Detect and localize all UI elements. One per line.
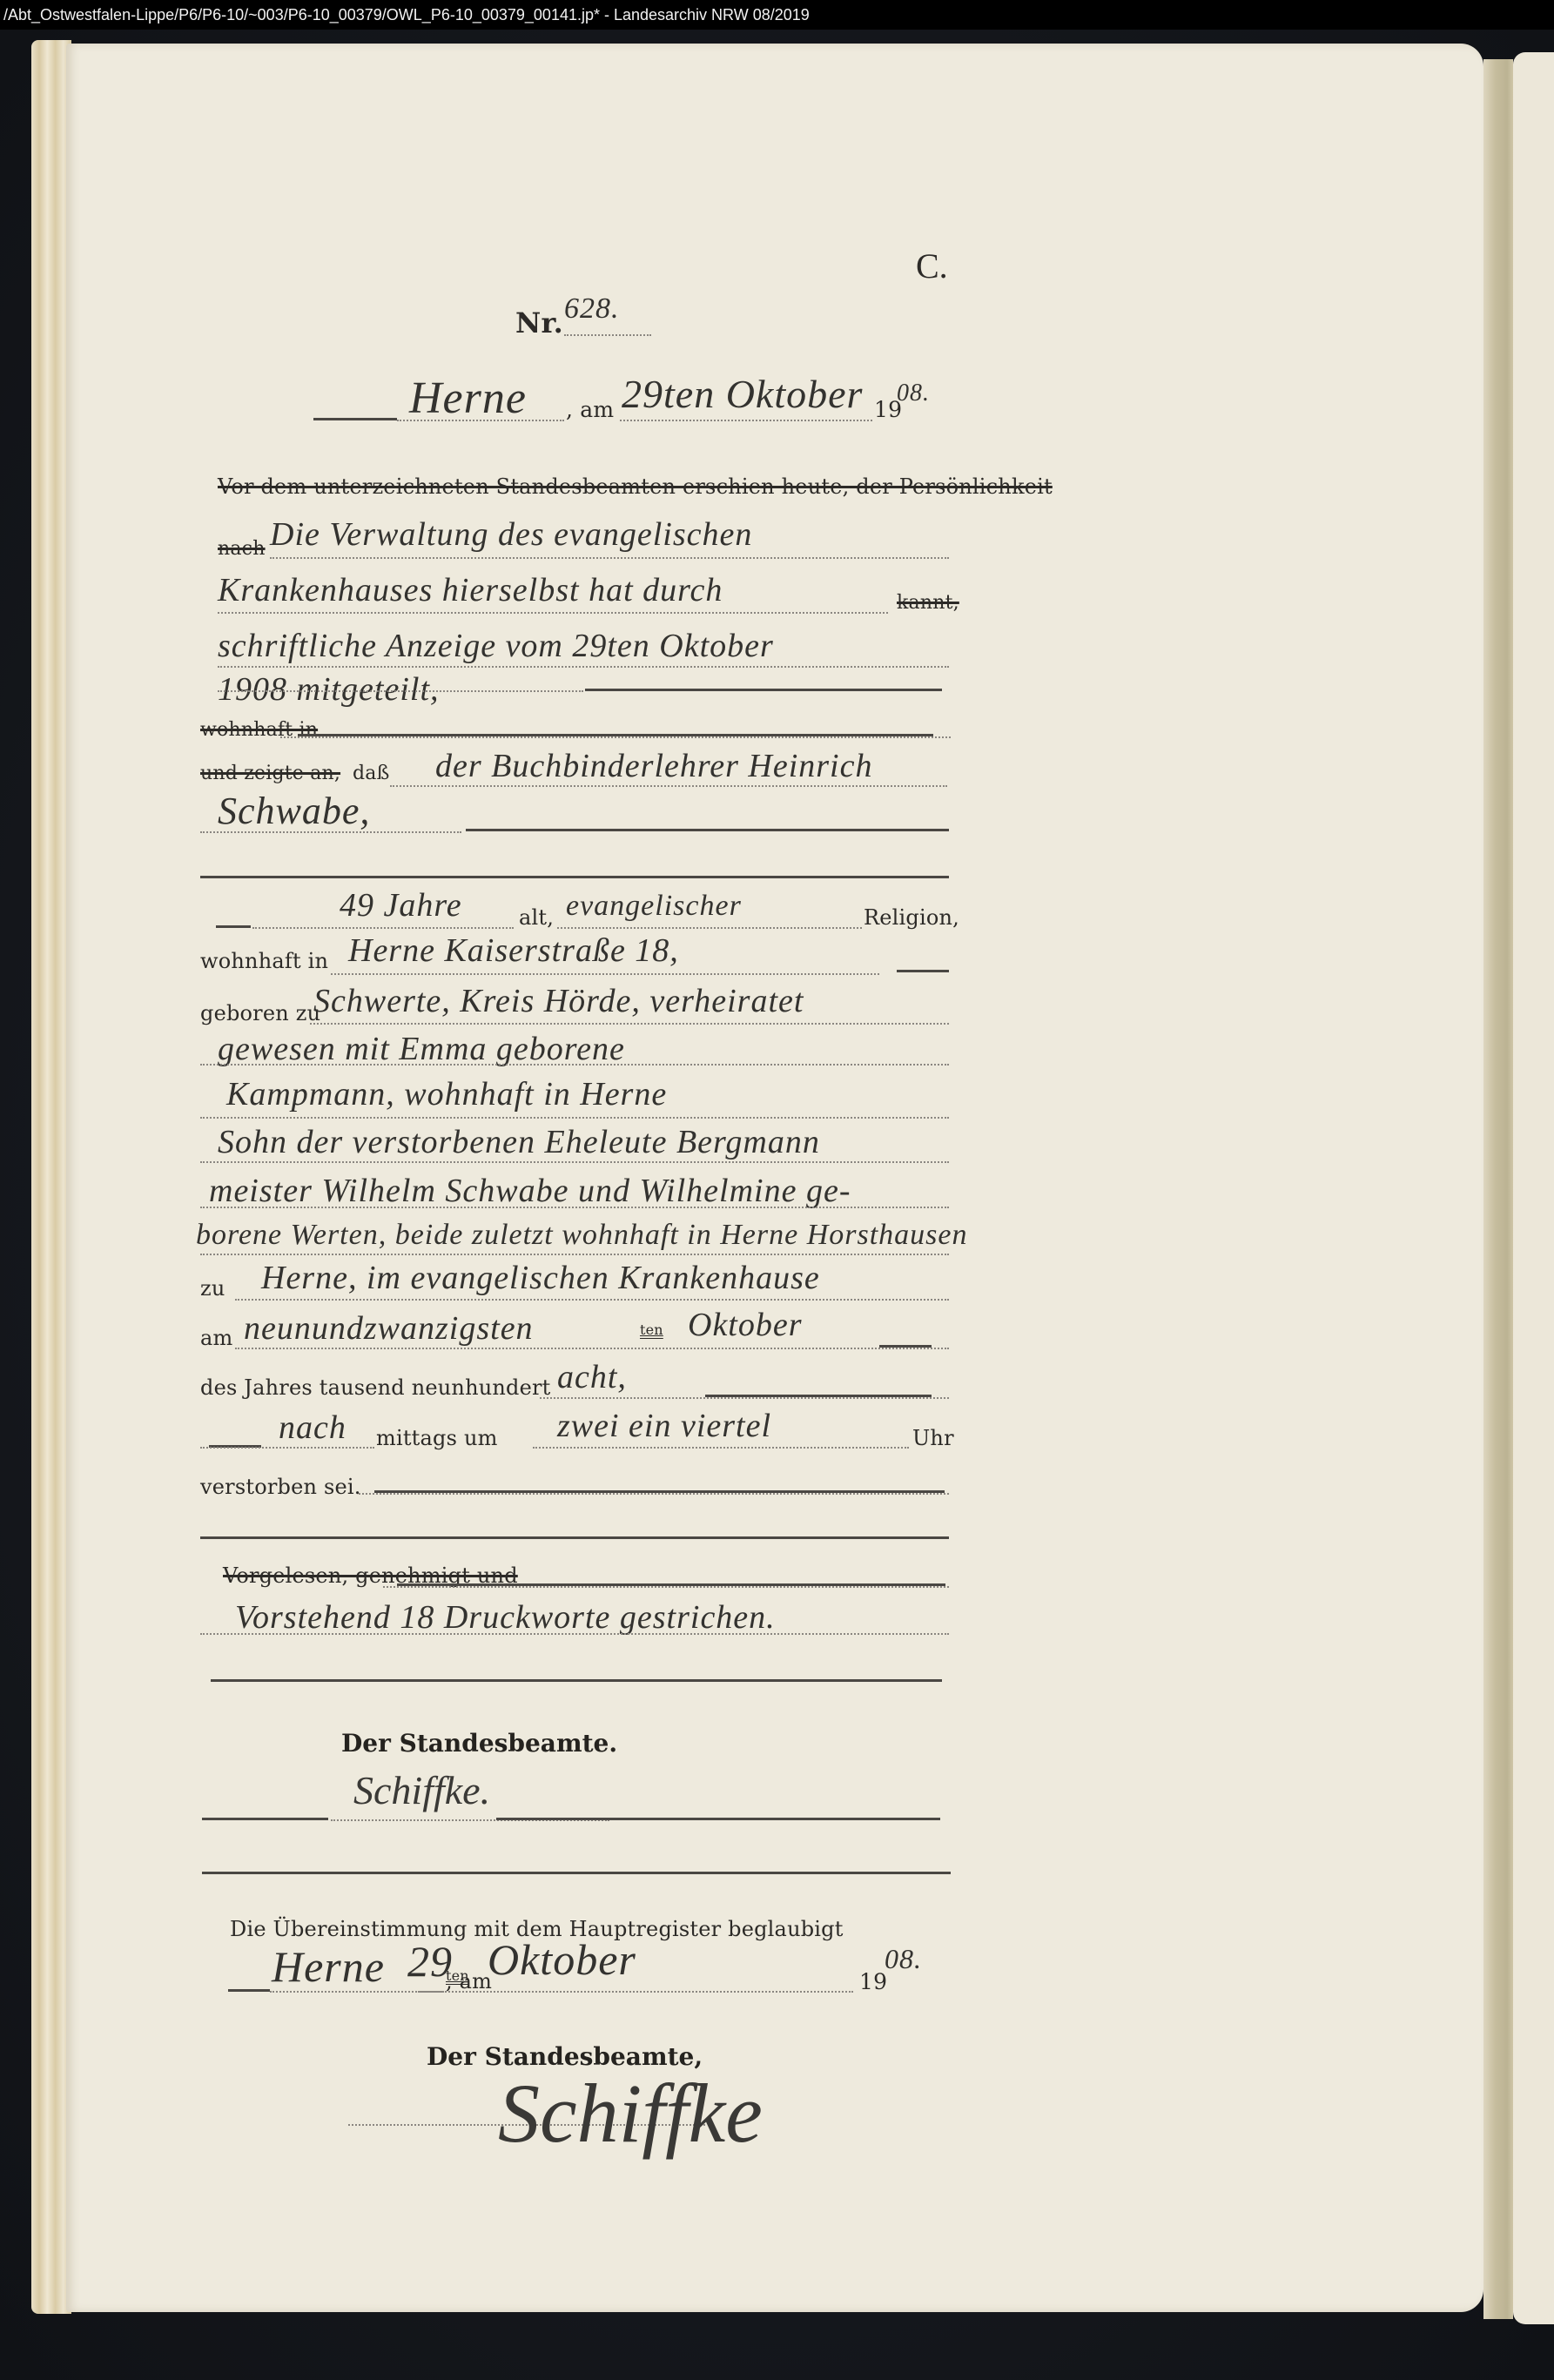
corner-letter: C. bbox=[916, 245, 948, 286]
am-label: am bbox=[200, 1326, 232, 1350]
wohnhaft-label: wohnhaft in bbox=[200, 949, 328, 973]
jahres-label: des Jahres tausend neunhundert bbox=[200, 1375, 551, 1400]
birth-line-1: Schwerte, Kreis Hörde, verheiratet bbox=[313, 982, 804, 1020]
certification-ten-suffix: ten bbox=[446, 1967, 469, 1984]
informant-rule-4 bbox=[585, 689, 942, 691]
deceased-dots-1 bbox=[390, 785, 947, 787]
remark-rule-2 bbox=[211, 1679, 942, 1682]
dass-label: daß bbox=[353, 763, 390, 784]
certification-month: Oktober bbox=[488, 1934, 636, 1985]
remark-dots bbox=[200, 1633, 949, 1635]
deceased-line-2: Schwabe, bbox=[218, 789, 370, 833]
residence-dots bbox=[331, 973, 879, 975]
deceased-rule-2 bbox=[466, 829, 949, 831]
remark-value: Vorstehend 18 Druckworte gestrichen. bbox=[235, 1598, 776, 1637]
religion-dots bbox=[557, 927, 862, 929]
residence-value: Herne Kaiserstraße 18, bbox=[348, 931, 679, 970]
zu-label: zu bbox=[200, 1276, 225, 1301]
signature-rule-2 bbox=[202, 1872, 951, 1874]
death-date-rule bbox=[879, 1345, 932, 1348]
zeigte-struck: und zeigte an, bbox=[200, 763, 340, 784]
deceased-line-1: der Buchbinderlehrer Heinrich bbox=[435, 747, 872, 785]
birth-line-5: meister Wilhelm Schwabe und Wilhelmine g… bbox=[209, 1172, 851, 1210]
certification-year-prefix: 19 bbox=[859, 1969, 887, 1994]
wohnhaft-dots bbox=[280, 736, 951, 738]
geboren-label: geboren zu bbox=[200, 1001, 320, 1025]
birth-line-2: gewesen mit Emma geborene bbox=[218, 1030, 625, 1068]
religion-label: Religion, bbox=[864, 905, 959, 930]
deceased-dots-2 bbox=[200, 831, 461, 833]
religion-value: evangelischer bbox=[566, 890, 742, 923]
nach-value: nach bbox=[279, 1409, 346, 1447]
death-month-value: Oktober bbox=[688, 1306, 803, 1344]
informant-dots-4 bbox=[218, 690, 583, 692]
vorgelesen-dots bbox=[383, 1586, 949, 1588]
death-place-dots bbox=[235, 1299, 949, 1301]
birth-line-3: Kampmann, wohnhaft in Herne bbox=[226, 1075, 667, 1113]
header-place-dots bbox=[397, 420, 564, 421]
cert-place-rule bbox=[228, 1989, 270, 1992]
death-day-ten-suffix: ten bbox=[640, 1321, 663, 1338]
kannt-struck: kannt, bbox=[897, 592, 959, 614]
informant-line-2: Krankenhauses hierselbst hat durch bbox=[218, 571, 723, 609]
informant-dots-3 bbox=[218, 666, 949, 668]
informant-dots-2 bbox=[218, 612, 888, 614]
age-value: 49 Jahre bbox=[340, 886, 462, 924]
number-dotted-line bbox=[564, 334, 651, 336]
uhr-label: Uhr bbox=[912, 1426, 954, 1450]
death-year-rule bbox=[705, 1395, 932, 1397]
birth-dots-4 bbox=[200, 1161, 949, 1163]
window-title: /Abt_Ostwestfalen-Lippe/P6/P6-10/~003/P6… bbox=[3, 6, 810, 24]
age-rule bbox=[216, 925, 251, 928]
intro-struck-text: Vor dem unterzeichneten Standesbeamten e… bbox=[218, 474, 1053, 499]
death-year-value: acht, bbox=[557, 1358, 627, 1396]
certification-signature: Schiffke bbox=[498, 2065, 763, 2161]
birth-dots-5 bbox=[200, 1207, 949, 1208]
informant-line-1: Die Verwaltung des evangelischen bbox=[270, 515, 752, 554]
header-date-dots bbox=[620, 420, 872, 421]
birth-line-6: borene Werten, beide zuletzt wohnhaft in… bbox=[196, 1219, 968, 1252]
informant-line-3: schriftliche Anzeige vom 29ten Oktober bbox=[218, 627, 774, 665]
birth-line-4: Sohn der verstorbenen Eheleute Bergmann bbox=[218, 1123, 820, 1161]
window-title-bar: /Abt_Ostwestfalen-Lippe/P6/P6-10/~003/P6… bbox=[0, 0, 1554, 30]
residence-rule bbox=[897, 970, 949, 972]
informant-line-4: 1908 mitgeteilt, bbox=[218, 670, 440, 709]
verstorben-dots bbox=[359, 1493, 949, 1495]
official-heading: Der Standesbeamte. bbox=[341, 1729, 617, 1758]
death-year-dots bbox=[540, 1397, 949, 1399]
header-rule bbox=[313, 418, 397, 420]
number-value: 628. bbox=[564, 292, 620, 326]
certification-year-suffix: 08. bbox=[885, 1943, 922, 1975]
birth-dots-1 bbox=[310, 1023, 949, 1025]
certification-place: Herne bbox=[272, 1941, 385, 1992]
verstorben-label: verstorben sei. bbox=[200, 1475, 361, 1499]
header-year-suffix: 08. bbox=[897, 380, 930, 407]
mittags-label: mittags um bbox=[376, 1426, 498, 1450]
book-gutter bbox=[1483, 59, 1513, 2319]
age-dots bbox=[252, 927, 514, 929]
header-am-label: , am bbox=[566, 397, 614, 422]
number-label: Nr. bbox=[515, 306, 563, 340]
birth-dots-2 bbox=[200, 1064, 949, 1066]
birth-dots-6 bbox=[200, 1254, 949, 1255]
birth-dots-3 bbox=[200, 1117, 949, 1119]
header-date: 29ten Oktober bbox=[622, 371, 863, 417]
time-value: zwei ein viertel bbox=[557, 1407, 771, 1445]
death-day-value: neunundzwanzigsten bbox=[244, 1309, 534, 1348]
verstorben-rule bbox=[374, 1490, 945, 1493]
nach-struck: nach bbox=[218, 538, 266, 560]
nach-dots bbox=[200, 1447, 374, 1449]
time-dots bbox=[533, 1447, 909, 1449]
facing-page-edge bbox=[1513, 52, 1554, 2324]
death-place-value: Herne, im evangelischen Krankenhause bbox=[261, 1259, 820, 1297]
signature-rule-left bbox=[202, 1818, 328, 1820]
blank-rule-2 bbox=[200, 1536, 949, 1539]
cert-date-dots bbox=[418, 1991, 853, 1993]
alt-label: alt, bbox=[519, 905, 554, 930]
blank-rule bbox=[200, 876, 949, 878]
vorgelesen-rule bbox=[397, 1583, 945, 1586]
wohnhaft-rule bbox=[298, 734, 933, 736]
informant-dots-1 bbox=[270, 557, 949, 559]
signature-rule-right bbox=[496, 1818, 940, 1820]
death-date-dots bbox=[235, 1348, 949, 1349]
header-place: Herne bbox=[409, 373, 527, 424]
official-signature: Schiffke. bbox=[353, 1767, 490, 1813]
